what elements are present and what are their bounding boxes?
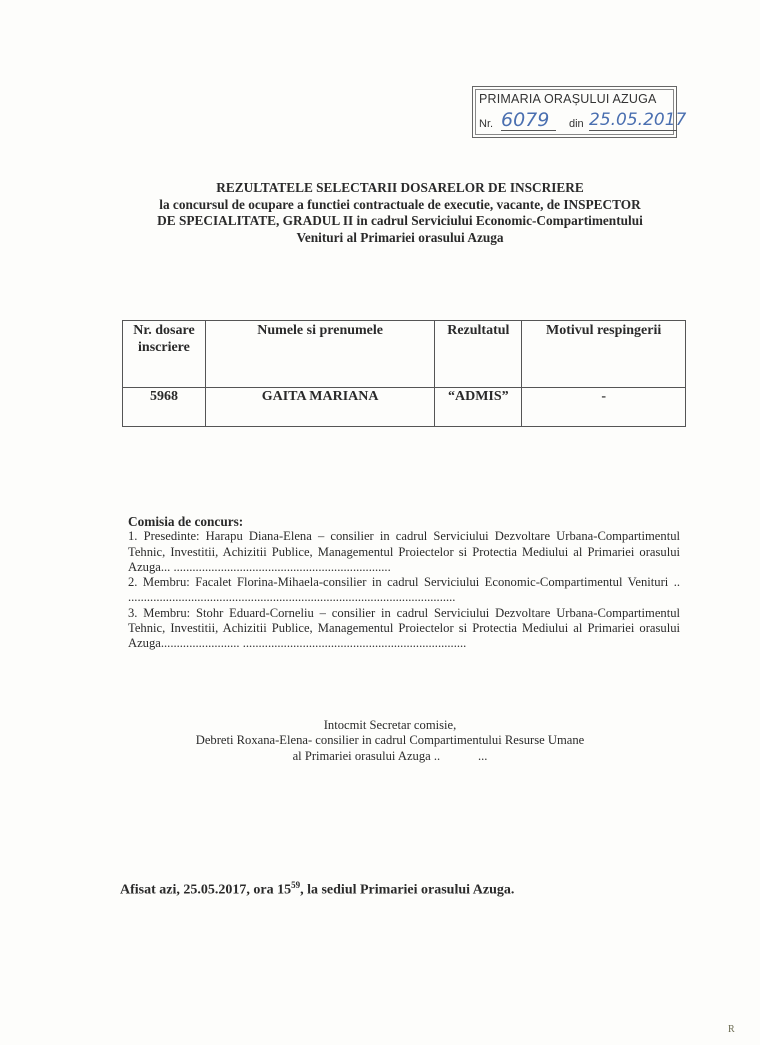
stamp-nr-label: Nr. bbox=[479, 118, 493, 130]
stamp-number-row: Nr. 6079 din 25.05.2017 bbox=[479, 106, 670, 132]
heading-line-3: DE SPECIALITATE, GRADUL II in cadrul Ser… bbox=[120, 213, 680, 230]
posting-minutes: 59 bbox=[291, 880, 300, 890]
commission-section: Comisia de concurs: 1. Presedinte: Harap… bbox=[128, 514, 680, 652]
signature-line: ........................................… bbox=[243, 636, 467, 650]
secretary-signature-dots: ... bbox=[478, 749, 487, 763]
header-rezultat: Rezultatul bbox=[435, 321, 522, 388]
document-title: REZULTATELE SELECTARII DOSARELOR DE INSC… bbox=[120, 180, 680, 197]
stamp-date-value: 25.05.2017 bbox=[589, 110, 677, 131]
heading-line-2: la concursul de ocupare a functiei contr… bbox=[120, 197, 680, 214]
corner-mark: R bbox=[728, 1024, 735, 1035]
registration-stamp: PRIMARIA ORAȘULUI AZUGA Nr. 6079 din 25.… bbox=[472, 86, 677, 138]
member-2-text: 2. Membru: Facalet Florina-Mihaela-consi… bbox=[128, 575, 680, 589]
cell-result: “ADMIS” bbox=[435, 388, 522, 427]
signature-line: ........................................… bbox=[128, 590, 455, 604]
posting-suffix: , la sediul Primariei orasului Azuga. bbox=[300, 883, 514, 898]
stamp-din-label: din bbox=[569, 118, 584, 130]
commission-member-2: 2. Membru: Facalet Florina-Mihaela-consi… bbox=[128, 575, 680, 606]
header-nr-dosare: Nr. dosare inscriere bbox=[123, 321, 206, 388]
heading-line-4: Venituri al Primariei orasului Azuga bbox=[120, 230, 680, 247]
commission-member-3: 3. Membru: Stohr Eduard-Corneliu – consi… bbox=[128, 606, 680, 652]
secretary-line-3: al Primariei orasului Azuga .. ... bbox=[150, 749, 630, 764]
signature-line: ........................................… bbox=[173, 560, 390, 574]
header-nume: Numele si prenumele bbox=[205, 321, 434, 388]
table-row: 5968 GAITA MARIANA “ADMIS” - bbox=[123, 388, 686, 427]
table-header-row: Nr. dosare inscriere Numele si prenumele… bbox=[123, 321, 686, 388]
stamp-institution: PRIMARIA ORAȘULUI AZUGA bbox=[479, 92, 670, 106]
cell-reason: - bbox=[522, 388, 686, 427]
cell-nr: 5968 bbox=[123, 388, 206, 427]
commission-title: Comisia de concurs: bbox=[128, 514, 680, 529]
cell-name: GAITA MARIANA bbox=[205, 388, 434, 427]
signature-mark bbox=[443, 749, 474, 763]
secretary-section: Intocmit Secretar comisie, Debreti Roxan… bbox=[150, 718, 630, 764]
secretary-line-1: Intocmit Secretar comisie, bbox=[150, 718, 630, 733]
posting-prefix: Afisat azi, 25.05.2017, ora 15 bbox=[120, 883, 291, 898]
secretary-institution: al Primariei orasului Azuga .. bbox=[293, 749, 441, 763]
commission-member-1: 1. Presedinte: Harapu Diana-Elena – cons… bbox=[128, 529, 680, 575]
secretary-line-2: Debreti Roxana-Elena- consilier in cadru… bbox=[150, 733, 630, 748]
results-table: Nr. dosare inscriere Numele si prenumele… bbox=[122, 320, 686, 427]
header-motiv: Motivul respingerii bbox=[522, 321, 686, 388]
document-heading: REZULTATELE SELECTARII DOSARELOR DE INSC… bbox=[120, 180, 680, 246]
posting-notice: Afisat azi, 25.05.2017, ora 1559, la sed… bbox=[120, 880, 640, 899]
stamp-nr-value: 6079 bbox=[501, 110, 556, 131]
